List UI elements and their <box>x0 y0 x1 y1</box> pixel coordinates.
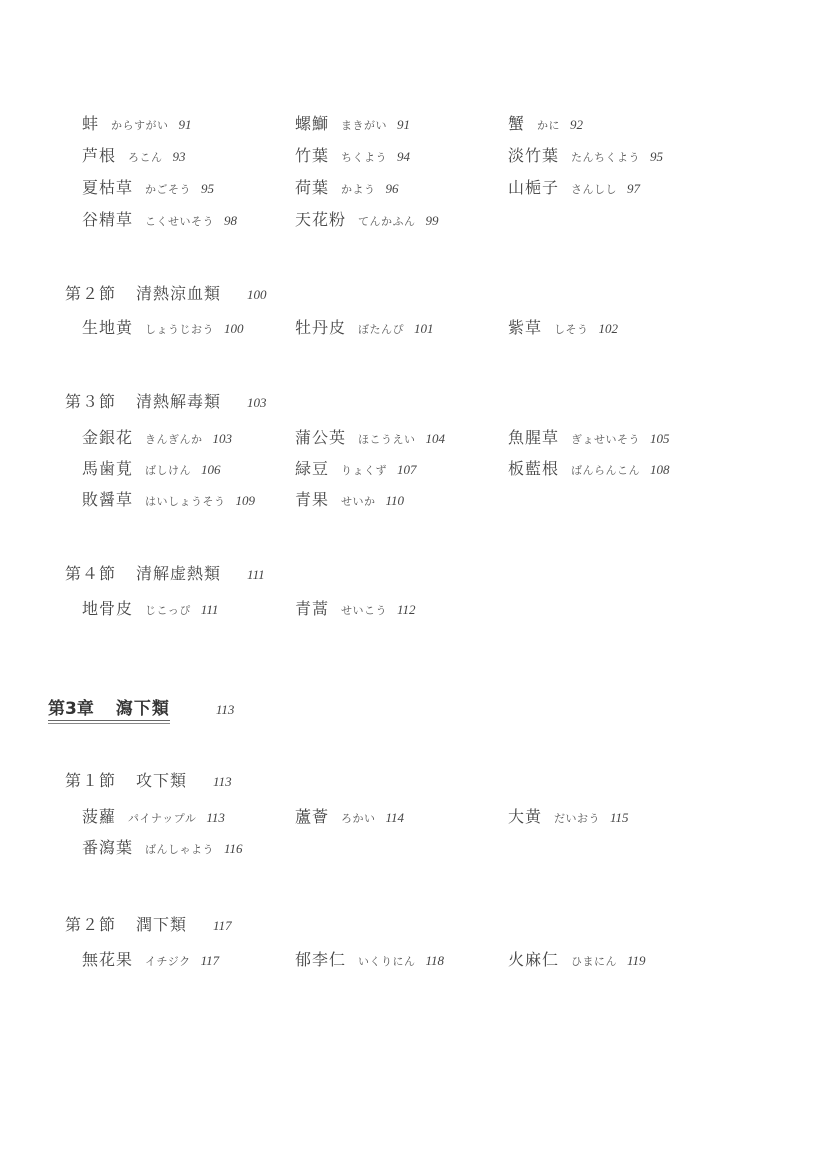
entry-kanji: 生地黄 <box>82 315 133 338</box>
entry-page-number: 96 <box>386 181 399 197</box>
entry-kanji: 青蒿 <box>295 596 329 619</box>
entry-kanji: 蘆薈 <box>295 804 329 827</box>
entry-kanji: 菠蘿 <box>82 804 116 827</box>
entry-page-number: 111 <box>201 602 219 618</box>
entry-page-number: 103 <box>213 431 233 447</box>
toc-entry[interactable]: 蒲公英 ほこうえい 104 <box>295 425 445 449</box>
toc-entry[interactable]: 番瀉葉 ばんしゃよう 116 <box>82 835 243 859</box>
section-title: 清解虚熱類 <box>136 561 221 584</box>
section-number: 第２節 <box>65 281 116 304</box>
entry-page-number: 100 <box>224 321 244 337</box>
entry-reading: りょくず <box>341 462 387 478</box>
toc-entry[interactable]: 大黄 だいおう 115 <box>508 804 629 828</box>
toc-entry[interactable]: 板藍根 ばんらんこん 108 <box>508 456 670 480</box>
entry-reading: こくせいそう <box>145 213 214 229</box>
section-title: 清熱解毒類 <box>136 389 221 412</box>
entry-page-number: 91 <box>397 117 410 133</box>
section-page-number: 103 <box>247 395 267 411</box>
entry-page-number: 95 <box>650 149 663 165</box>
entry-page-number: 110 <box>386 493 405 509</box>
toc-entry[interactable]: 山梔子 さんしし 97 <box>508 175 640 199</box>
section-heading[interactable]: 第３節 清熱解毒類 103 <box>65 389 267 412</box>
entry-kanji: 敗醤草 <box>82 487 133 510</box>
entry-reading: パイナップル <box>128 810 196 826</box>
toc-entry[interactable]: 火麻仁 ひまにん 119 <box>508 947 646 971</box>
entry-page-number: 105 <box>650 431 670 447</box>
toc-entry[interactable]: 蟹 かに 92 <box>508 111 583 135</box>
entry-reading: ばんらんこん <box>571 462 640 478</box>
entry-reading: ひまにん <box>571 953 617 969</box>
toc-entry[interactable]: 天花粉 てんかふん 99 <box>295 207 439 231</box>
chapter-page-number: 113 <box>216 702 235 718</box>
toc-entry[interactable]: 無花果 イチジク 117 <box>82 947 219 971</box>
entry-page-number: 106 <box>201 462 221 478</box>
entry-page-number: 97 <box>627 181 640 197</box>
entry-kanji: 緑豆 <box>295 456 329 479</box>
entry-reading: しょうじおう <box>145 321 214 337</box>
toc-entry[interactable]: 郁李仁 いくりにん 118 <box>295 947 444 971</box>
section-title: 潤下類 <box>136 912 187 935</box>
entry-reading: ろかい <box>341 810 376 826</box>
entry-kanji: 淡竹葉 <box>508 143 559 166</box>
entry-reading: はいしょうそう <box>145 493 226 509</box>
section-number: 第３節 <box>65 389 116 412</box>
chapter-title: 瀉下類 <box>116 699 170 719</box>
entry-page-number: 102 <box>599 321 619 337</box>
entry-reading: ぼたんぴ <box>358 321 404 337</box>
section-page-number: 111 <box>247 567 265 583</box>
entry-reading: からすがい <box>111 117 169 133</box>
entry-page-number: 92 <box>570 117 583 133</box>
chapter-heading[interactable]: 第3章瀉下類 113 <box>48 694 234 724</box>
section-heading[interactable]: 第１節 攻下類 113 <box>65 768 232 791</box>
entry-kanji: 番瀉葉 <box>82 835 133 858</box>
toc-entry[interactable]: 芦根 ろこん 93 <box>82 143 186 167</box>
section-number: 第４節 <box>65 561 116 584</box>
entry-page-number: 91 <box>179 117 192 133</box>
toc-entry[interactable]: 淡竹葉 たんちくよう 95 <box>508 143 663 167</box>
entry-reading: さんしし <box>571 181 617 197</box>
entry-kanji: 牡丹皮 <box>295 315 346 338</box>
entry-kanji: 紫草 <box>508 315 542 338</box>
entry-reading: しそう <box>554 321 589 337</box>
entry-page-number: 101 <box>414 321 434 337</box>
entry-page-number: 113 <box>206 810 225 826</box>
toc-entry[interactable]: 紫草 しそう 102 <box>508 315 618 339</box>
chapter-double-underline <box>48 720 170 724</box>
toc-entry[interactable]: 菠蘿 パイナップル 113 <box>82 804 225 828</box>
entry-reading: ばんしゃよう <box>145 841 214 857</box>
entry-reading: かごそう <box>145 181 191 197</box>
toc-entry[interactable]: 緑豆 りょくず 107 <box>295 456 417 480</box>
entry-kanji: 魚腥草 <box>508 425 559 448</box>
section-title: 清熱涼血類 <box>136 281 221 304</box>
toc-entry[interactable]: 魚腥草 ぎょせいそう 105 <box>508 425 670 449</box>
entry-page-number: 119 <box>627 953 646 969</box>
toc-entry[interactable]: 馬歯莧 ばしけん 106 <box>82 456 221 480</box>
toc-entry[interactable]: 夏枯草 かごそう 95 <box>82 175 214 199</box>
section-title: 攻下類 <box>136 768 187 791</box>
entry-kanji: 金銀花 <box>82 425 133 448</box>
entry-page-number: 108 <box>650 462 670 478</box>
entry-kanji: 馬歯莧 <box>82 456 133 479</box>
toc-entry[interactable]: 螺鰤 まきがい 91 <box>295 111 410 135</box>
entry-page-number: 107 <box>397 462 417 478</box>
entry-reading: たんちくよう <box>571 149 640 165</box>
entry-page-number: 118 <box>426 953 445 969</box>
entry-kanji: 夏枯草 <box>82 175 133 198</box>
chapter-number: 第3章 <box>48 699 94 719</box>
section-heading[interactable]: 第４節 清解虚熱類 111 <box>65 561 265 584</box>
entry-page-number: 116 <box>224 841 243 857</box>
section-page-number: 100 <box>247 287 267 303</box>
entry-kanji: 芦根 <box>82 143 116 166</box>
entry-reading: かよう <box>341 181 376 197</box>
entry-page-number: 99 <box>426 213 439 229</box>
toc-entry[interactable]: 敗醤草 はいしょうそう 109 <box>82 487 255 511</box>
entry-kanji: 火麻仁 <box>508 947 559 970</box>
entry-reading: じこっぴ <box>145 602 191 618</box>
entry-kanji: 地骨皮 <box>82 596 133 619</box>
entry-reading: ほこうえい <box>358 431 416 447</box>
toc-entry[interactable]: 蘆薈 ろかい 114 <box>295 804 404 828</box>
entry-reading: ろこん <box>128 149 163 165</box>
entry-kanji: 竹葉 <box>295 143 329 166</box>
toc-entry[interactable]: 蚌 からすがい 91 <box>82 111 192 135</box>
entry-kanji: 山梔子 <box>508 175 559 198</box>
entry-reading: イチジク <box>145 953 191 969</box>
entry-page-number: 114 <box>386 810 405 826</box>
toc-entry[interactable]: 地骨皮 じこっぴ 111 <box>82 596 218 620</box>
entry-page-number: 104 <box>426 431 446 447</box>
entry-page-number: 117 <box>201 953 220 969</box>
section-heading[interactable]: 第２節 清熱涼血類 100 <box>65 281 267 304</box>
entry-kanji: 青果 <box>295 487 329 510</box>
entry-kanji: 無花果 <box>82 947 133 970</box>
toc-entry[interactable]: 金銀花 きんぎんか 103 <box>82 425 232 449</box>
entry-kanji: 谷精草 <box>82 207 133 230</box>
entry-page-number: 115 <box>610 810 629 826</box>
entry-reading: ぎょせいそう <box>571 431 640 447</box>
entry-page-number: 98 <box>224 213 237 229</box>
entry-reading: ばしけん <box>145 462 191 478</box>
entry-kanji: 螺鰤 <box>295 111 329 134</box>
section-number: 第２節 <box>65 912 116 935</box>
entry-page-number: 109 <box>236 493 256 509</box>
entry-page-number: 95 <box>201 181 214 197</box>
toc-entry[interactable]: 青果 せいか 110 <box>295 487 404 511</box>
section-page-number: 113 <box>213 774 232 790</box>
entry-reading: だいおう <box>554 810 600 826</box>
entry-kanji: 蟹 <box>508 111 525 134</box>
entry-kanji: 郁李仁 <box>295 947 346 970</box>
entry-kanji: 板藍根 <box>508 456 559 479</box>
toc-entry[interactable]: 生地黄 しょうじおう 100 <box>82 315 244 339</box>
entry-page-number: 112 <box>397 602 416 618</box>
entry-reading: いくりにん <box>358 953 416 969</box>
section-heading[interactable]: 第２節 潤下類 117 <box>65 912 232 935</box>
toc-entry[interactable]: 竹葉 ちくよう 94 <box>295 143 410 167</box>
entry-kanji: 大黄 <box>508 804 542 827</box>
toc-entry[interactable]: 谷精草 こくせいそう 98 <box>82 207 237 231</box>
entry-page-number: 94 <box>397 149 410 165</box>
entry-reading: ちくよう <box>341 149 387 165</box>
toc-entry[interactable]: 牡丹皮 ぼたんぴ 101 <box>295 315 434 339</box>
entry-reading: せいか <box>341 493 376 509</box>
entry-reading: まきがい <box>341 117 387 133</box>
entry-reading: きんぎんか <box>145 431 203 447</box>
section-number: 第１節 <box>65 768 116 791</box>
entry-page-number: 93 <box>173 149 186 165</box>
entry-kanji: 天花粉 <box>295 207 346 230</box>
toc-entry[interactable]: 荷葉 かよう 96 <box>295 175 399 199</box>
toc-entry[interactable]: 青蒿 せいこう 112 <box>295 596 416 620</box>
entry-kanji: 蚌 <box>82 111 99 134</box>
entry-kanji: 蒲公英 <box>295 425 346 448</box>
entry-kanji: 荷葉 <box>295 175 329 198</box>
entry-reading: てんかふん <box>358 213 416 229</box>
entry-reading: せいこう <box>341 602 387 618</box>
entry-reading: かに <box>537 117 560 133</box>
chapter-label: 第3章瀉下類 <box>48 694 170 724</box>
section-page-number: 117 <box>213 918 232 934</box>
